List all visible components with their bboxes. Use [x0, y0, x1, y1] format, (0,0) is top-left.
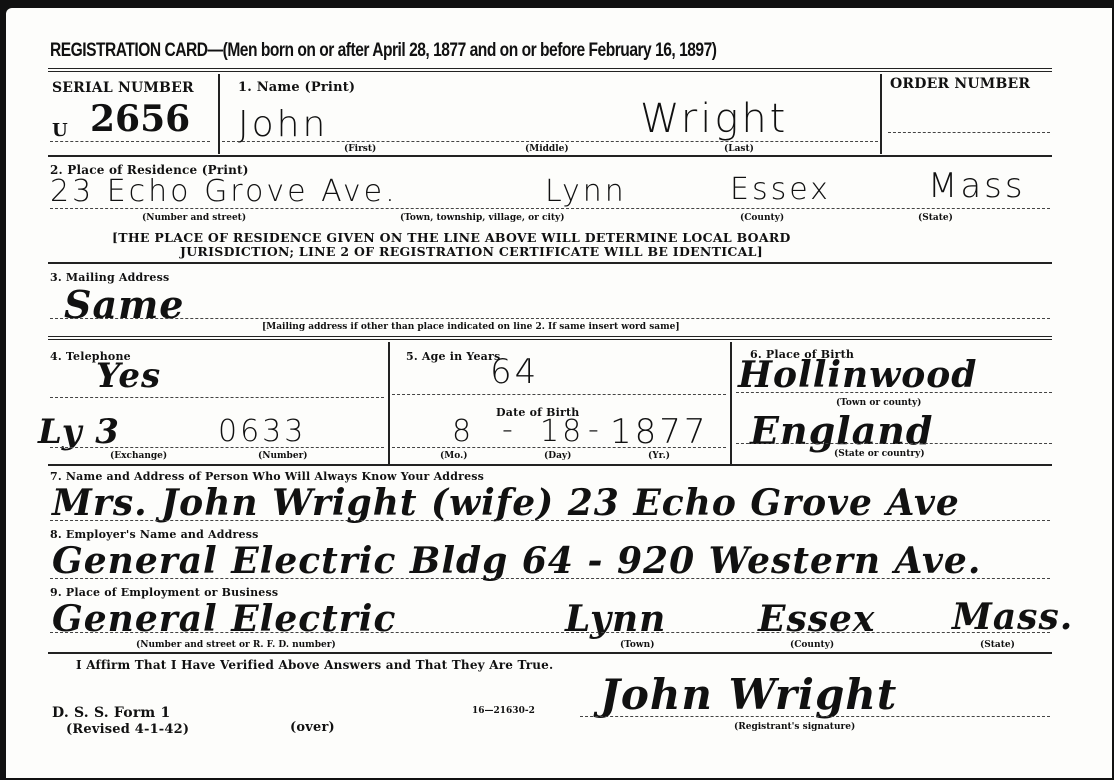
order-number-label: ORDER NUMBER [890, 76, 1030, 92]
contact-underline [50, 520, 1050, 521]
employment-county-value: Essex [758, 598, 875, 640]
residence-street-value: 23 Echo Grove Ave. [50, 174, 398, 209]
telephone-exchange-value: Ly 3 [38, 412, 120, 452]
card-title: REGISTRATION CARD—(Men born on or after … [50, 40, 716, 62]
age-underline [392, 394, 726, 395]
town-caption: (Town, township, village, or city) [400, 213, 565, 223]
exchange-caption: (Exchange) [110, 451, 167, 461]
residence-state-value: Mass [928, 166, 1026, 206]
mailing-underline [50, 318, 1050, 319]
employment-town-caption: (Town) [620, 640, 654, 650]
row3-rule [48, 336, 1052, 342]
residence-town-value: Lynn [545, 174, 627, 209]
title-rule [48, 68, 1052, 74]
employment-county-caption: (County) [790, 640, 834, 650]
name-underline [222, 141, 878, 142]
birthplace-country-caption: (State or country) [834, 449, 925, 459]
birthplace-country-value: England [750, 408, 933, 453]
telephone-divider [388, 342, 390, 464]
residence-county-value: Essex [730, 172, 831, 207]
telephone-number-underline [50, 447, 384, 448]
mailing-caption: [Mailing address if other than place ind… [262, 322, 680, 332]
signature-caption: (Registrant's signature) [734, 722, 855, 732]
order-number-field [888, 132, 1050, 133]
birthplace-town-caption: (Town or county) [836, 398, 921, 408]
employer-value: General Electric Bldg 64 - 920 Western A… [52, 540, 981, 582]
state-caption: (State) [918, 213, 953, 223]
last-name-value: Wright [640, 96, 788, 142]
month-caption: (Mo.) [440, 451, 467, 461]
dob-underline [392, 447, 726, 448]
form-number: D. S. S. Form 1 [52, 705, 170, 721]
dob-day-value: 18 [540, 414, 584, 449]
serial-number-value: 2656 [90, 98, 190, 140]
form-revision: (Revised 4-1-42) [66, 722, 189, 737]
registrant-signature: John Wright [600, 670, 897, 719]
serial-divider [218, 74, 220, 154]
employment-underline [50, 632, 1050, 633]
order-divider [880, 74, 882, 154]
employer-underline [50, 578, 1050, 579]
last-caption: (Last) [724, 144, 754, 154]
signature-line [580, 716, 1050, 717]
age-divider [730, 342, 732, 464]
street-caption: (Number and street) [142, 213, 246, 223]
age-label: 5. Age in Years [406, 350, 500, 363]
first-name-value: John [238, 104, 328, 145]
year-caption: (Yr.) [648, 451, 670, 461]
county-caption: (County) [740, 213, 784, 223]
residence-notice-line1: [THE PLACE OF RESIDENCE GIVEN ON THE LIN… [112, 230, 791, 245]
row1-rule [48, 155, 1052, 157]
telephone-number-value: 0633 [218, 414, 306, 449]
serial-prefix: U [52, 120, 68, 141]
residence-notice-line2: JURISDICTION; LINE 2 OF REGISTRATION CER… [180, 244, 763, 259]
birthplace-country-underline [736, 443, 1052, 444]
first-caption: (First) [344, 144, 376, 154]
row2-rule [48, 262, 1052, 264]
birthplace-town-underline [736, 392, 1052, 393]
dob-separator-1: - [502, 412, 516, 447]
serial-number-label: SERIAL NUMBER [52, 80, 194, 96]
dob-month-value: 8 [452, 414, 474, 449]
age-value: 64 [490, 352, 539, 392]
affirmation-text: I Affirm That I Have Verified Above Answ… [76, 658, 553, 672]
telephone-underline [50, 397, 384, 398]
birthplace-town-value: Hollinwood [738, 354, 977, 396]
mailing-value: Same [64, 282, 184, 327]
print-code: 16—21630-2 [472, 706, 535, 716]
row4-rule [48, 464, 1052, 466]
contact-value: Mrs. John Wright (wife) 23 Echo Grove Av… [52, 482, 960, 524]
middle-caption: (Middle) [525, 144, 569, 154]
employment-street-caption: (Number and street or R. F. D. number) [136, 640, 336, 650]
dob-year-value: 1877 [610, 412, 709, 452]
dob-separator-2: - [588, 412, 602, 447]
serial-underline [50, 141, 210, 142]
number-caption: (Number) [258, 451, 308, 461]
employment-town-value: Lynn [565, 598, 666, 640]
employment-state-caption: (State) [980, 640, 1015, 650]
name-label: 1. Name (Print) [238, 80, 355, 95]
day-caption: (Day) [544, 451, 571, 461]
row9-rule [48, 652, 1052, 654]
telephone-value: Yes [96, 356, 161, 396]
residence-underline [50, 208, 1050, 209]
employment-street-value: General Electric [52, 598, 396, 640]
over-note: (over) [290, 720, 335, 735]
